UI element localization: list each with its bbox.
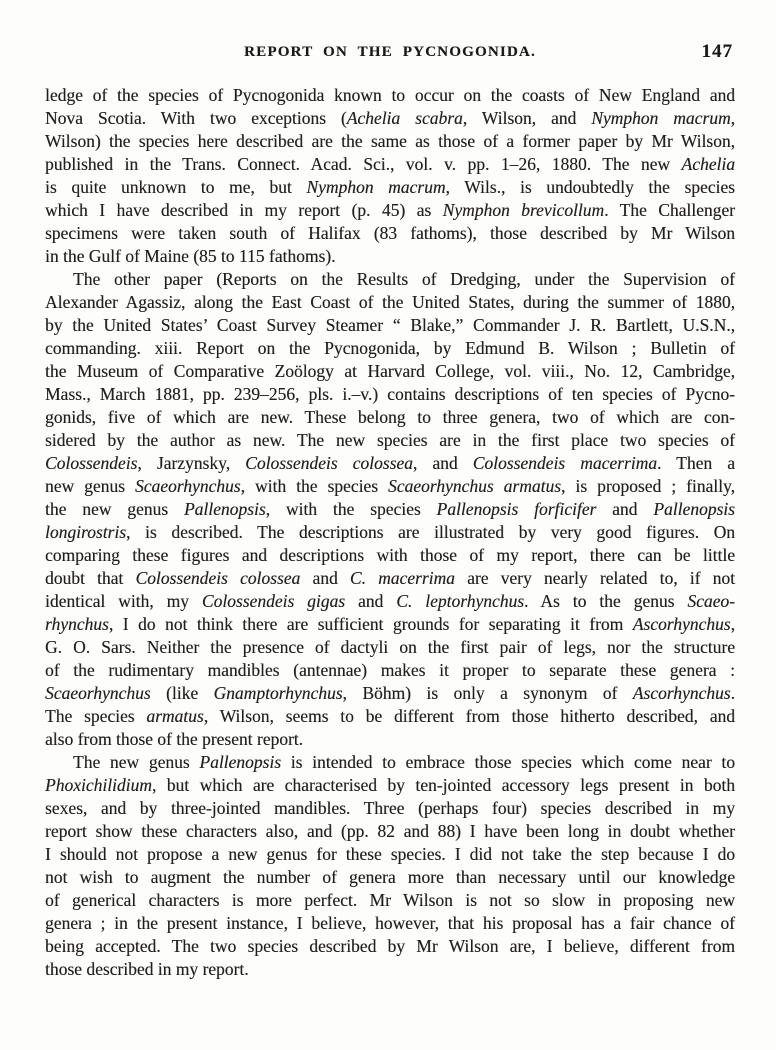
text-line: Mass., March 1881, pp. 239–256, pls. i.–… (45, 383, 735, 406)
paragraph: The other paper (Reports on the Results … (45, 268, 735, 751)
text-line: identical with, my Colossendeis gigas an… (45, 590, 735, 613)
text-line: which I have described in my report (p. … (45, 199, 735, 222)
species-name: Gnamptorhynchus (214, 683, 343, 703)
text-line: not wish to augment the number of genera… (45, 866, 735, 889)
text-line: ledge of the species of Pycnogonida know… (45, 84, 735, 107)
species-name: C. macerrima (350, 568, 455, 588)
text-line: The new genus Pallenopsis is intended to… (45, 751, 735, 774)
species-name: Colossendeis colossea (135, 568, 300, 588)
text-line: Wilson) the species here described are t… (45, 130, 735, 153)
page-header: REPORT ON THE PYCNOGONIDA. 147 (45, 44, 735, 68)
text-line: the new genus Pallenopsis, with the spec… (45, 498, 735, 521)
text-line: by the United States’ Coast Survey Steam… (45, 314, 735, 337)
species-name: Pallenopsis (653, 499, 735, 519)
text-line: G. O. Sars. Neither the presence of dact… (45, 636, 735, 659)
species-name: Ascorhynchus (633, 683, 731, 703)
species-name: Colossendeis macerrima (473, 453, 657, 473)
paragraph: The new genus Pallenopsis is intended to… (45, 751, 735, 981)
page-number: 147 (702, 41, 734, 63)
text-line: comparing these figures and descriptions… (45, 544, 735, 567)
text-line: longirostris, is described. The descript… (45, 521, 735, 544)
text-line: new genus Scaeorhynchus, with the specie… (45, 475, 735, 498)
text-line: also from those of the present report. (45, 728, 735, 751)
text-line: The species armatus, Wilson, seems to be… (45, 705, 735, 728)
text-line: published in the Trans. Connect. Acad. S… (45, 153, 735, 176)
text-line: is quite unknown to me, but Nymphon macr… (45, 176, 735, 199)
species-name: rhynchus (45, 614, 109, 634)
text-line: the Museum of Comparative Zoölogy at Har… (45, 360, 735, 383)
species-name: Phoxichilidium (45, 775, 152, 795)
species-name: Ascorhynchus (633, 614, 731, 634)
species-name: Pallenopsis (199, 752, 281, 772)
text-line: commanding. xiii. Report on the Pycnogon… (45, 337, 735, 360)
species-name: Achelia scabra (347, 108, 463, 128)
species-name: Pallenopsis (184, 499, 266, 519)
species-name: Nymphon macrum (591, 108, 730, 128)
scanned-page: REPORT ON THE PYCNOGONIDA. 147 ledge of … (0, 0, 776, 1050)
text-line: being accepted. The two species describe… (45, 935, 735, 958)
species-name: C. leptorhynchus (396, 591, 524, 611)
text-line: Alexander Agassiz, along the East Coast … (45, 291, 735, 314)
species-name: Nymphon macrum (306, 177, 445, 197)
species-name: Achelia (682, 154, 735, 174)
species-name: armatus (146, 706, 203, 726)
text-line: The other paper (Reports on the Results … (45, 268, 735, 291)
text-line: gonids, five of which are new. These bel… (45, 406, 735, 429)
page-body: ledge of the species of Pycnogonida know… (45, 84, 735, 981)
text-line: genera ; in the present instance, I beli… (45, 912, 735, 935)
text-line: Phoxichilidium, but which are characteri… (45, 774, 735, 797)
text-line: Scaeorhynchus (like Gnamptorhynchus, Böh… (45, 682, 735, 705)
species-name: Colossendeis (45, 453, 137, 473)
text-line: Nova Scotia. With two exceptions (Acheli… (45, 107, 735, 130)
species-name: Scaeorhynchus armatus (388, 476, 561, 496)
species-name: longirostris (45, 522, 126, 542)
running-head: REPORT ON THE PYCNOGONIDA. (45, 44, 735, 61)
species-name: Scaeo- (687, 591, 735, 611)
species-name: Scaeorhynchus (135, 476, 241, 496)
text-line: rhynchus, I do not think there are suffi… (45, 613, 735, 636)
text-line: sidered by the author as new. The new sp… (45, 429, 735, 452)
text-line: doubt that Colossendeis colossea and C. … (45, 567, 735, 590)
species-name: Pallenopsis forficifer (437, 499, 597, 519)
species-name: Nymphon brevicollum (443, 200, 604, 220)
text-line: report show these characters also, and (… (45, 820, 735, 843)
paragraph: ledge of the species of Pycnogonida know… (45, 84, 735, 268)
species-name: Scaeorhynchus (45, 683, 151, 703)
species-name: Colossendeis colossea (245, 453, 413, 473)
text-line: Colossendeis, Jarzynsky, Colossendeis co… (45, 452, 735, 475)
text-line: in the Gulf of Maine (85 to 115 fathoms)… (45, 245, 735, 268)
text-line: specimens were taken south of Halifax (8… (45, 222, 735, 245)
text-line: I should not propose a new genus for the… (45, 843, 735, 866)
text-line: those described in my report. (45, 958, 735, 981)
species-name: Colossendeis gigas (202, 591, 345, 611)
text-line: sexes, and by three-jointed mandibles. T… (45, 797, 735, 820)
text-line: of the rudimentary mandibles (antennae) … (45, 659, 735, 682)
text-line: of generical characters is more perfect.… (45, 889, 735, 912)
